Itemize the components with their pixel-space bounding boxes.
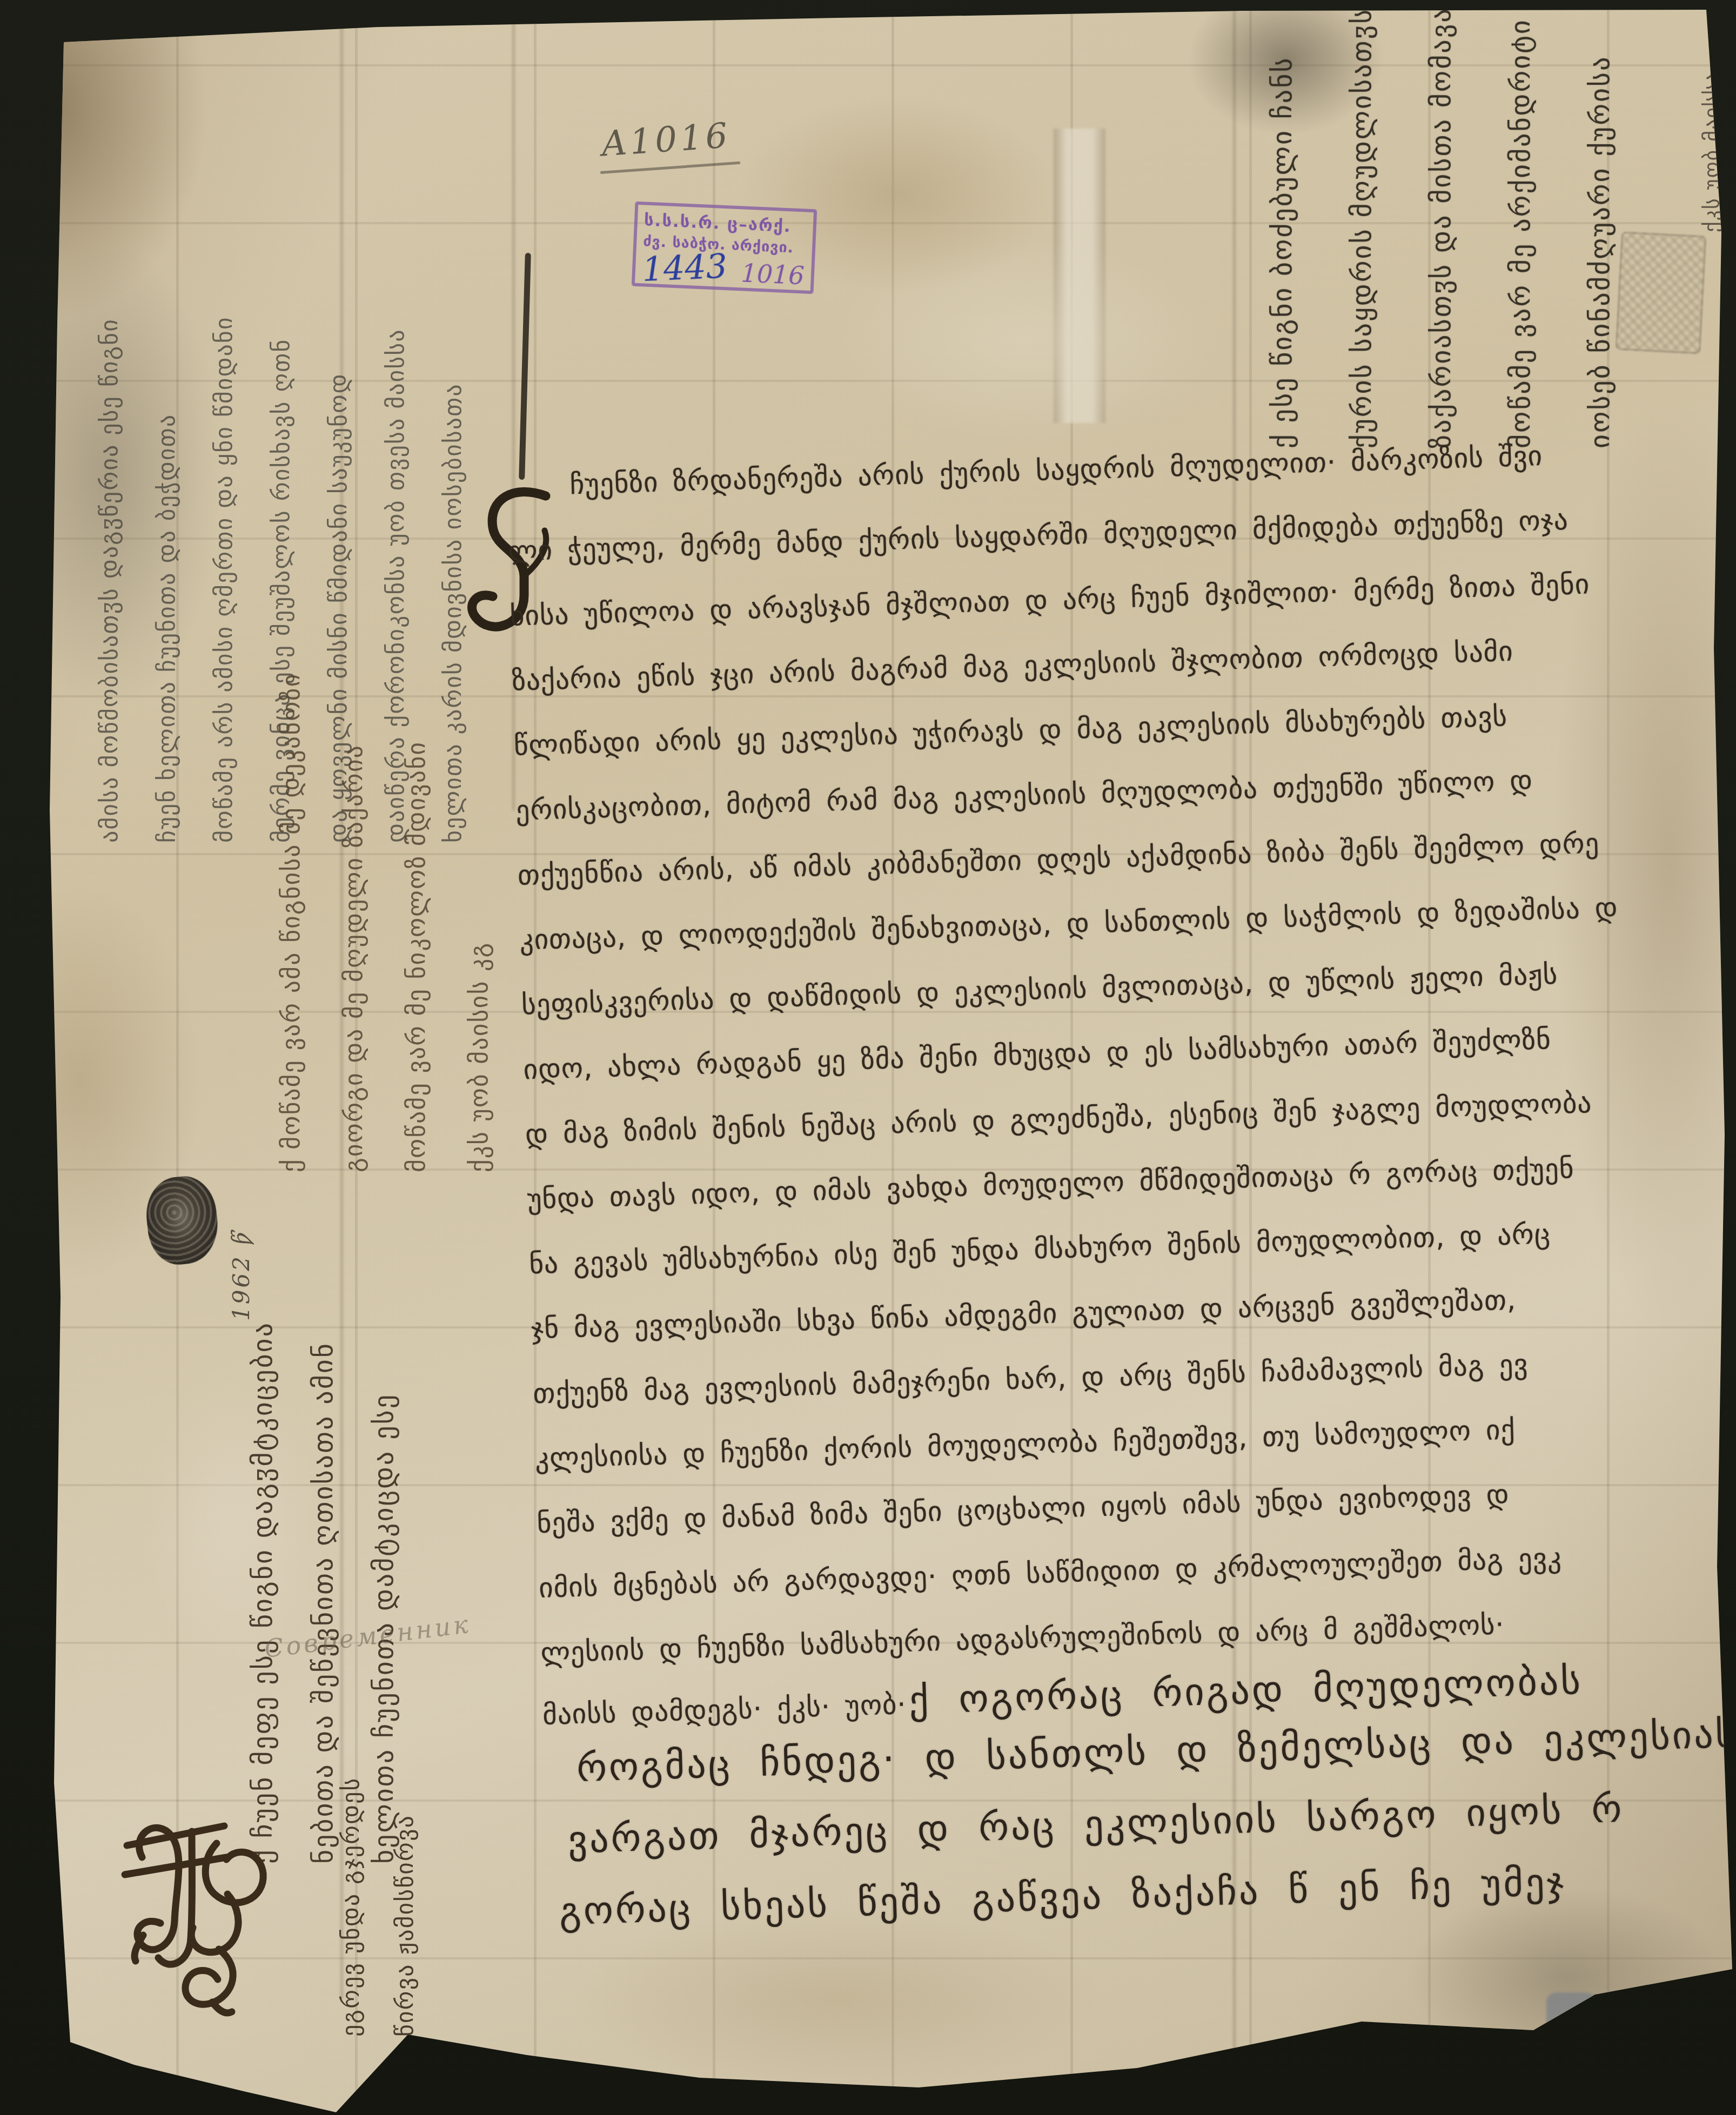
marginal-line: ქურის საყდრის მღუდლისათჳს <box>1322 27 1402 448</box>
letter-body: ჩუენზი ზრდანერეშა არის ქურის საყდრის მღუ… <box>505 419 1736 1948</box>
marginal-line: ხელითა კარის მდივნისა იოსებისათა <box>425 65 482 843</box>
marginal-line: ამისა მოწმობისათჳს დაგჳწერია ესე წიგნი <box>81 65 138 843</box>
archive-stamp: ს.ს.ს.რ. ც–არქ. ძვ. საბჭო. არქივი. 1443 … <box>632 202 817 294</box>
embossed-square-seal <box>1615 231 1706 354</box>
torn-edge-fragment <box>1546 1992 1607 2042</box>
light-patch <box>832 238 1221 443</box>
marginal-line: ჩუენ ხელითა ჩუენითა და ბეჭდითა <box>138 65 196 843</box>
marginal-line: ქკს უობ მაისსა <box>1690 70 1733 232</box>
marginalia-top-right: ქ ესე წიგნი ბოძებული ჩანს ქურის საყდრის … <box>1243 27 1643 448</box>
marginal-line: ეგრევ უნდა გჯერდეს <box>324 1777 378 2037</box>
marginal-line: ქ ესე წიგნი ბოძებული ჩანს <box>1243 27 1322 448</box>
marginal-line: მოწამე ვარ მე ნიკოლოზ მდივანი <box>385 762 447 1172</box>
marginal-line: ზაქარიასთჳს და მისთა მომავალთა <box>1402 27 1481 448</box>
year-note: 1962 წ <box>223 1197 260 1321</box>
marginal-line: გიორგი და მე მღუდელი ზაქარია <box>322 762 385 1172</box>
catalog-number-pencil: A1016 <box>597 115 740 174</box>
black-ink-seal <box>143 1173 222 1268</box>
stamp-number-purple: 1016 <box>741 260 805 288</box>
marginal-line: მოწამე არს ამისი ღმერთი და ყნი წმიდანი <box>196 65 253 843</box>
paper-repair-strip <box>1054 129 1105 423</box>
stamp-number-blue: 1443 <box>641 251 728 285</box>
marginal-line: წირვა ჟამისწირვა <box>378 1777 432 2037</box>
marginal-line: დაიწერა ქორონიკონსა უობ თვესა მაისსა <box>367 65 425 843</box>
marginal-line: ქ მოწამე ვარ ამა წიგნისა მე დეკანოზი <box>259 762 322 1172</box>
photograph-backdrop: ამისა მოწმობისათჳს დაგჳწერია ესე წიგნი ჩ… <box>0 0 1736 2115</box>
manuscript-paper: ამისა მოწმობისათჳს დაგჳწერია ესე წიგნი ჩ… <box>0 0 1736 2115</box>
marginalia-signature-side: ეგრევ უნდა გჯერდეს წირვა ჟამისწირვა <box>324 1777 443 2037</box>
year-note-text: 1962 წ <box>223 1197 260 1321</box>
stamp-line1: ს.ს.ს.რ. ც–არქ. <box>644 210 809 237</box>
marginalia-mid-left: ქ მოწამე ვარ ამა წიგნისა მე დეკანოზი გიო… <box>259 762 513 1172</box>
marginalia-right-edge: ქკს უობ მაისსა <box>1690 70 1736 232</box>
marginal-line: მოწამე ვარ მე არქიმანდრიტი <box>1481 27 1560 448</box>
marginal-line: ქ ჩუენ მეფე ესე წიგნი დაგჳმტკიცებია <box>232 1378 293 1864</box>
signature-monogram <box>111 1794 305 2020</box>
ink-descender-stroke <box>519 253 531 480</box>
marginal-line: და ყოველნი მისნი წმიდანი საუკუნოდ <box>310 65 367 843</box>
marginal-line: ქკს უობ მაისის კგ <box>447 762 510 1172</box>
